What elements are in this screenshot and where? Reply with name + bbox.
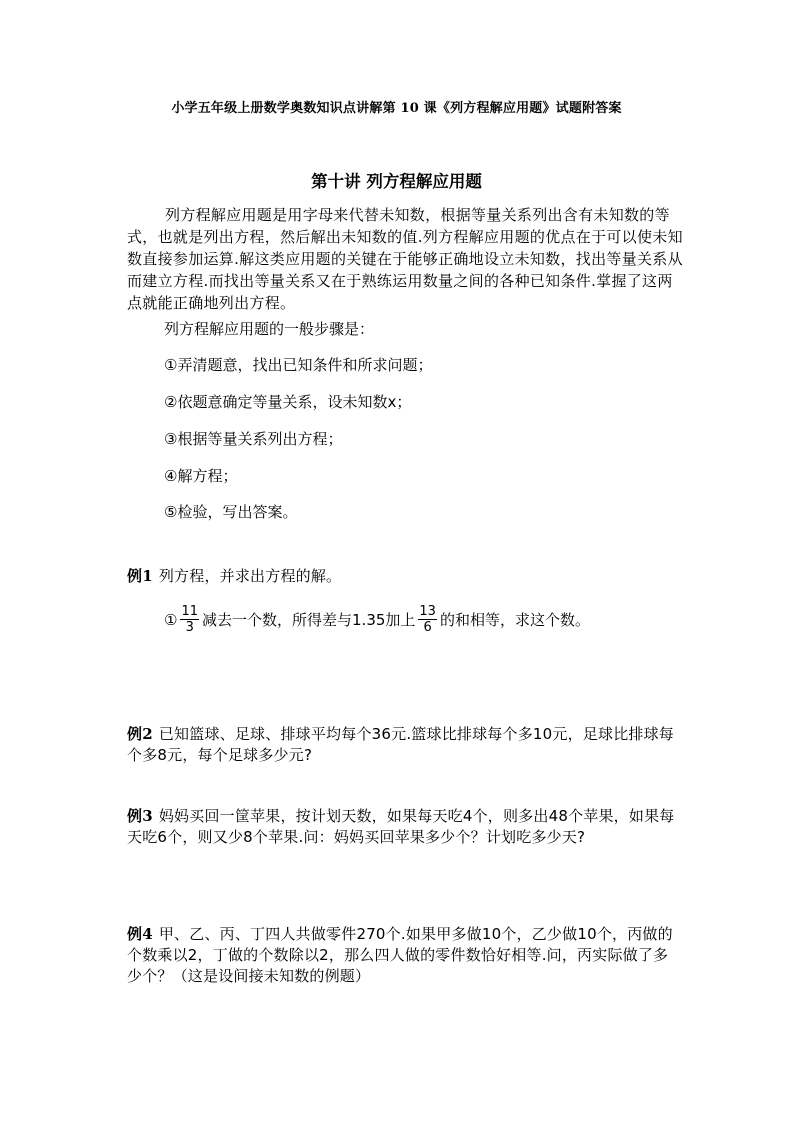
sub-problem-text-middle: 减去一个数，所得差与1.35加上 xyxy=(202,609,415,630)
example-label: 例2 xyxy=(127,725,153,743)
document-header-title: 小学五年级上册数学奥数知识点讲解第 10 课《列方程解应用题》试题附答案 xyxy=(0,97,793,116)
lecture-title: 第十讲 列方程解应用题 xyxy=(0,168,793,192)
sub-problem-text-end: 的和相等，求这个数。 xyxy=(440,609,590,630)
example-label: 例1 xyxy=(127,567,153,585)
step-item: ②依题意确定等量关系，设未知数x； xyxy=(164,391,411,412)
steps-heading: 列方程解应用题的一般步骤是： xyxy=(164,318,374,339)
fraction-13-6: 13 6 xyxy=(418,604,437,635)
step-item: ①弄清题意，找出已知条件和所求问题； xyxy=(164,354,432,375)
example-text: 已知篮球、足球、排球平均每个36元.篮球比排球每个多10元，足球比排球每个多8元… xyxy=(127,725,674,764)
intro-paragraph: 列方程解应用题是用字母来代替未知数，根据等量关系列出含有未知数的等式，也就是列出… xyxy=(127,204,683,314)
example-1-sub-problem: ① 11 3 减去一个数，所得差与1.35加上 13 6 的和相等，求这个数。 xyxy=(164,604,590,635)
step-item: ④解方程； xyxy=(164,465,237,486)
example-label: 例4 xyxy=(127,925,153,943)
example-text: 妈妈买回一筐苹果，按计划天数，如果每天吃4个，则多出48个苹果，如果每天吃6个，… xyxy=(127,807,674,846)
fraction-numerator: 11 xyxy=(180,604,199,620)
fraction-numerator: 13 xyxy=(418,604,437,620)
sub-problem-marker: ① xyxy=(164,611,177,629)
fraction-11-3: 11 3 xyxy=(180,604,199,635)
example-2: 例2已知篮球、足球、排球平均每个36元.篮球比排球每个多10元，足球比排球每个多… xyxy=(127,724,683,766)
example-text: 甲、乙、丙、丁四人共做零件270个.如果甲多做10个，乙少做10个，丙做的个数乘… xyxy=(127,925,673,985)
example-1: 例1列方程，并求出方程的解。 xyxy=(127,566,683,587)
example-text: 列方程，并求出方程的解。 xyxy=(159,567,341,585)
fraction-denominator: 3 xyxy=(186,620,194,635)
fraction-denominator: 6 xyxy=(424,620,432,635)
step-item: ③根据等量关系列出方程； xyxy=(164,428,342,449)
example-4: 例4甲、乙、丙、丁四人共做零件270个.如果甲多做10个，乙少做10个，丙做的个… xyxy=(127,924,683,987)
example-label: 例3 xyxy=(127,807,153,825)
step-item: ⑤检验，写出答案。 xyxy=(164,501,297,522)
example-3: 例3妈妈买回一筐苹果，按计划天数，如果每天吃4个，则多出48个苹果，如果每天吃6… xyxy=(127,806,683,848)
